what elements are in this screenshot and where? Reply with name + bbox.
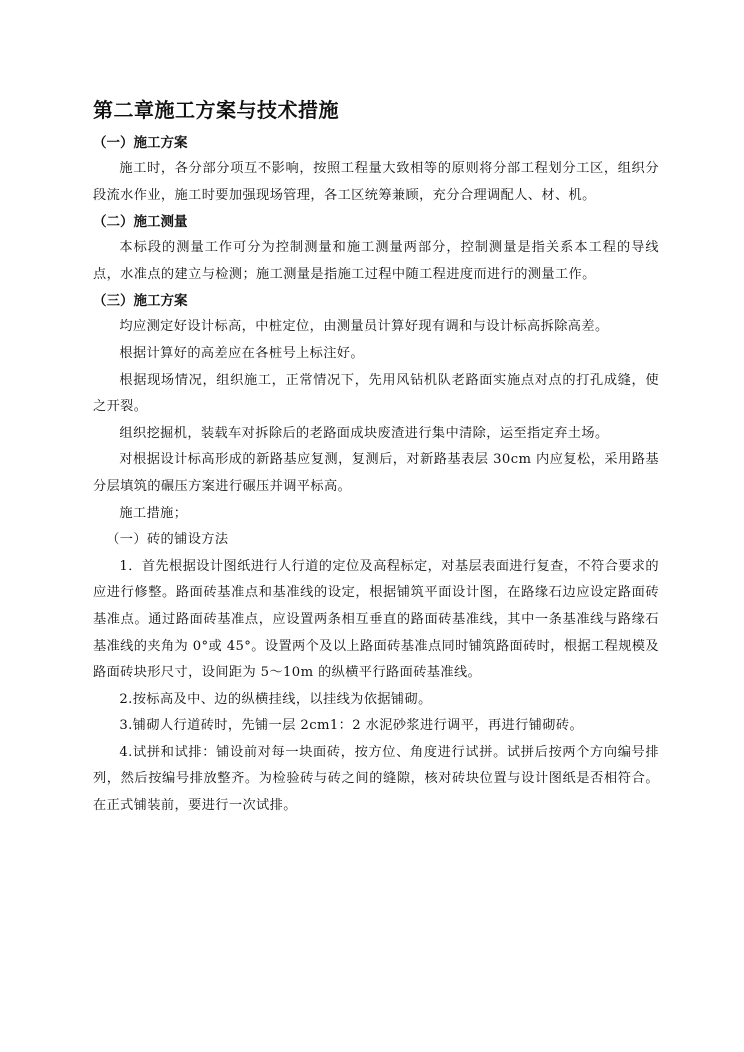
section-heading: （一）施工方案	[93, 130, 659, 156]
section-construction-survey: （二）施工测量 本标段的测量工作可分为控制测量和施工测量两部分，控制测量是指关系…	[93, 209, 659, 288]
paragraph: 施工时，各分部分项互不影响，按照工程量大致相等的原则将分部工程划分工区，组织分段…	[93, 156, 659, 209]
document-page: 第二章施工方案与技术措施 （一）施工方案 施工时，各分部分项互不影响，按照工程量…	[93, 96, 659, 820]
section-heading: （三）施工方案	[93, 288, 659, 314]
chapter-title: 第二章施工方案与技术措施	[93, 96, 659, 124]
paragraph: 组织挖掘机，装载车对拆除后的老路面成块废渣进行集中清除，运至指定弃土场。	[93, 421, 659, 448]
numbered-paragraph: 1．首先根据设计图纸进行人行道的定位及高程标定，对基层表面进行复查，不符合要求的…	[93, 554, 659, 687]
subheading-brick-laying: （一）砖的铺设方法	[93, 527, 659, 554]
paragraph: 均应测定好设计标高，中桩定位，由测量员计算好现有调和与设计标高拆除高差。	[93, 314, 659, 341]
section-construction-plan-3: （三）施工方案 均应测定好设计标高，中桩定位，由测量员计算好现有调和与设计标高拆…	[93, 288, 659, 819]
numbered-paragraph: 2.按标高及中、边的纵横挂线，以挂线为依据铺砌。	[93, 687, 659, 714]
paragraph: 施工措施；	[93, 501, 659, 528]
numbered-paragraph: 3.铺砌人行道砖时，先铺一层 2cm1：2 水泥砂浆进行调平，再进行铺砌砖。	[93, 713, 659, 740]
paragraph: 根据计算好的高差应在各桩号上标注好。	[93, 341, 659, 368]
paragraph: 本标段的测量工作可分为控制测量和施工测量两部分，控制测量是指关系本工程的导线点，…	[93, 235, 659, 288]
paragraph: 对根据设计标高形成的新路基应复测，复测后，对新路基表层 30cm 内应复松，采用…	[93, 447, 659, 500]
section-construction-plan: （一）施工方案 施工时，各分部分项互不影响，按照工程量大致相等的原则将分部工程划…	[93, 130, 659, 209]
numbered-paragraph: 4.试拼和试排：铺设前对每一块面砖，按方位、角度进行试拼。试拼后按两个方向编号排…	[93, 740, 659, 820]
section-heading: （二）施工测量	[93, 209, 659, 235]
paragraph: 根据现场情况，组织施工，正常情况下，先用风钻机队老路面实施点对点的打孔成缝，使之…	[93, 368, 659, 421]
